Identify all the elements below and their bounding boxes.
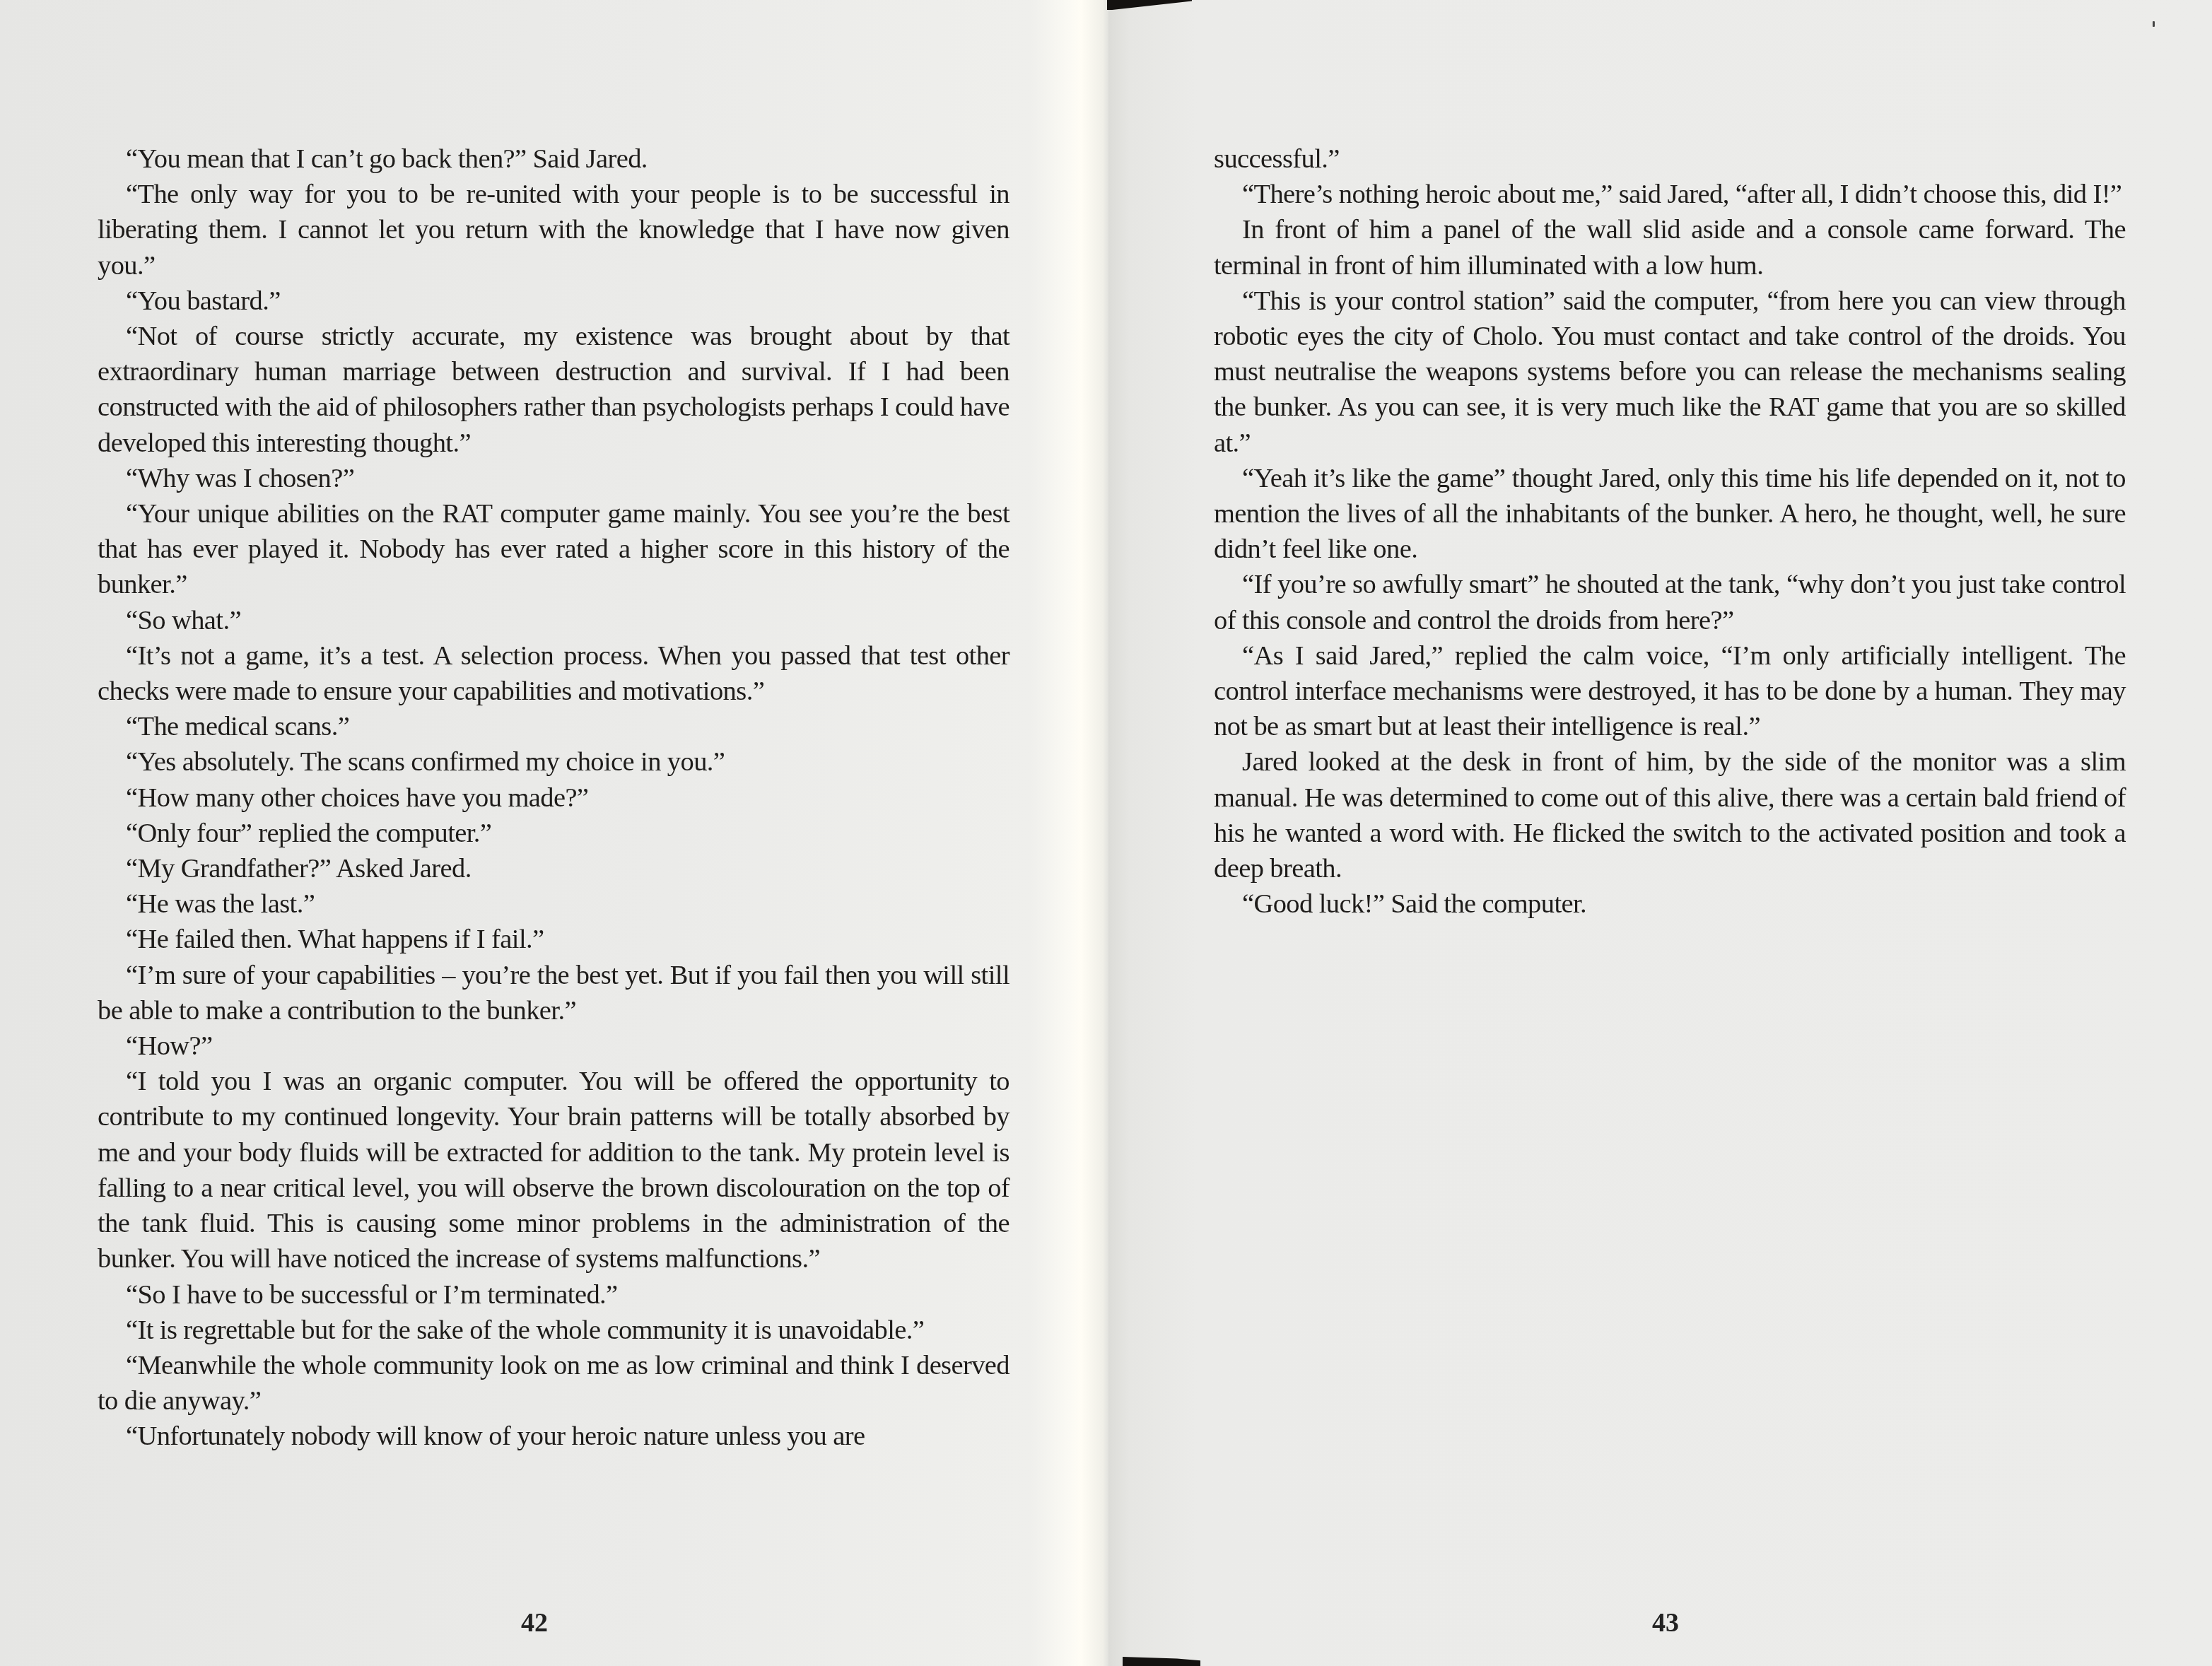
paragraph: “Your unique abilities on the RAT comput… <box>98 496 1010 603</box>
paragraph: “If you’re so awfully smart” he shouted … <box>1214 567 2126 638</box>
paragraph: “This is your control station” said the … <box>1214 283 2126 461</box>
paragraph: “Unfortunately nobody will know of your … <box>98 1419 1010 1454</box>
paragraph: “I’m sure of your capabilities – you’re … <box>98 958 1010 1028</box>
paragraph: Jared looked at the desk in front of him… <box>1214 744 2126 886</box>
paragraph: “Good luck!” Said the computer. <box>1214 886 2126 922</box>
paragraph: “So what.” <box>98 603 1010 638</box>
paragraph: “Not of course strictly accurate, my exi… <box>98 319 1010 461</box>
paragraph: “I told you I was an organic computer. Y… <box>98 1064 1010 1277</box>
paragraph: “You bastard.” <box>98 283 1010 319</box>
right-page-body: successful.”“There’s nothing heroic abou… <box>1214 141 2126 922</box>
paragraph: “Yeah it’s like the game” thought Jared,… <box>1214 461 2126 568</box>
paragraph: “How many other choices have you made?” <box>98 780 1010 816</box>
paragraph: “So I have to be successful or I’m termi… <box>98 1277 1010 1313</box>
paragraph: successful.” <box>1214 141 2126 177</box>
paragraph: In front of him a panel of the wall slid… <box>1214 212 2126 283</box>
paragraph: “There’s nothing heroic about me,” said … <box>1214 177 2126 212</box>
paper-speck <box>2153 21 2155 27</box>
paragraph: “Only four” replied the computer.” <box>98 816 1010 851</box>
paragraph: “How?” <box>98 1028 1010 1064</box>
left-page-number: 42 <box>521 1607 548 1638</box>
paragraph: “Meanwhile the whole community look on m… <box>98 1348 1010 1419</box>
paragraph: “He failed then. What happens if I fail.… <box>98 922 1010 957</box>
paragraph: “The only way for you to be re-united wi… <box>98 177 1010 283</box>
paragraph: “Yes absolutely. The scans confirmed my … <box>98 744 1010 780</box>
paragraph: “My Grandfather?” Asked Jared. <box>98 851 1010 886</box>
paragraph: “As I said Jared,” replied the calm voic… <box>1214 638 2126 745</box>
right-page: successful.”“There’s nothing heroic abou… <box>1108 0 2212 1666</box>
paragraph: “He was the last.” <box>98 886 1010 922</box>
paragraph: “The medical scans.” <box>98 709 1010 744</box>
left-page-body: “You mean that I can’t go back then?” Sa… <box>98 141 1010 1455</box>
left-page: “You mean that I can’t go back then?” Sa… <box>0 0 1108 1666</box>
paragraph: “It is regrettable but for the sake of t… <box>98 1313 1010 1348</box>
paragraph: “Why was I chosen?” <box>98 461 1010 496</box>
paragraph: “It’s not a game, it’s a test. A selecti… <box>98 638 1010 709</box>
right-page-number: 43 <box>1652 1607 1679 1638</box>
paragraph: “You mean that I can’t go back then?” Sa… <box>98 141 1010 177</box>
